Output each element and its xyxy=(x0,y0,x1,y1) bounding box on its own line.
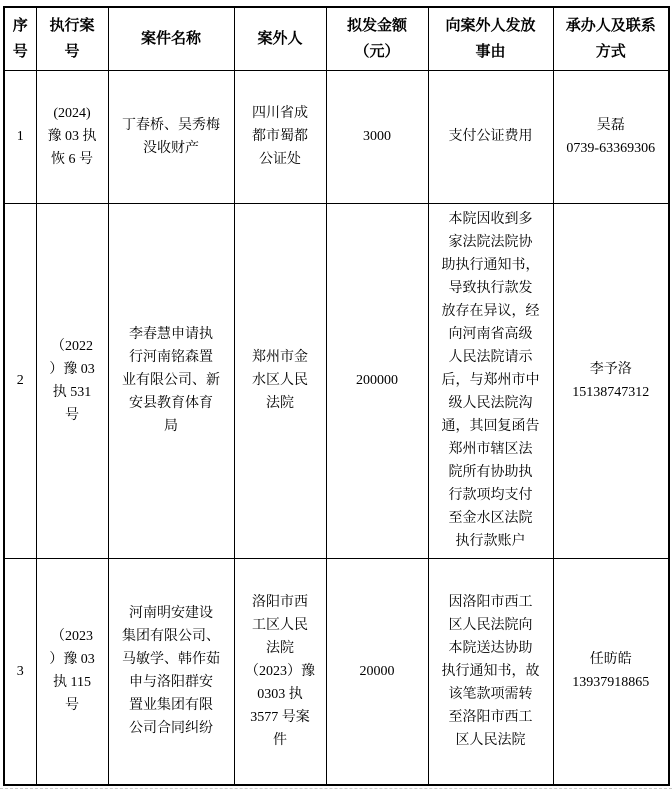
cell-amount: 3000 xyxy=(326,70,428,203)
cell-index: 1 xyxy=(4,70,36,203)
col-header-handler: 承办人及联系 方式 xyxy=(553,7,669,70)
cell-outsider: 郑州市金 水区人民 法院 xyxy=(234,203,326,558)
cell-case-number: （2023 ）豫 03 执 115 号 xyxy=(36,558,108,785)
cell-index: 3 xyxy=(4,558,36,785)
cell-case-name: 丁春桥、吴秀梅 没收财产 xyxy=(108,70,234,203)
case-distribution-table: 序 号 执行案 号 案件名称 案外人 拟发金额 （元） 向案外人发放 事由 承办… xyxy=(3,6,670,786)
cell-handler: 任昉皓 13937918865 xyxy=(553,558,669,785)
document-page: 序 号 执行案 号 案件名称 案外人 拟发金额 （元） 向案外人发放 事由 承办… xyxy=(0,0,672,791)
cell-handler: 李予洛 15138747312 xyxy=(553,203,669,558)
cell-reason: 本院因收到多 家法院法院协 助执行通知书， 导致执行款发 放存在异议，经 向河南… xyxy=(428,203,553,558)
page-bottom-edge-divider xyxy=(0,788,672,789)
cell-reason: 支付公证费用 xyxy=(428,70,553,203)
cell-outsider: 四川省成 都市蜀都 公证处 xyxy=(234,70,326,203)
col-header-case-number: 执行案 号 xyxy=(36,7,108,70)
col-header-outsider: 案外人 xyxy=(234,7,326,70)
cell-case-name: 李春慧申请执 行河南铭森置 业有限公司、新 安县教育体育 局 xyxy=(108,203,234,558)
col-header-reason: 向案外人发放 事由 xyxy=(428,7,553,70)
cell-reason: 因洛阳市西工 区人民法院向 本院送达协助 执行通知书，故 该笔款项需转 至洛阳市… xyxy=(428,558,553,785)
col-header-index: 序 号 xyxy=(4,7,36,70)
cell-handler: 吴磊 0739-63369306 xyxy=(553,70,669,203)
cell-amount: 20000 xyxy=(326,558,428,785)
cell-index: 2 xyxy=(4,203,36,558)
cell-case-number: (2024) 豫 03 执 恢 6 号 xyxy=(36,70,108,203)
table-row: 1 (2024) 豫 03 执 恢 6 号 丁春桥、吴秀梅 没收财产 四川省成 … xyxy=(4,70,669,203)
cell-case-number: （2022 ）豫 03 执 531 号 xyxy=(36,203,108,558)
table-row: 2 （2022 ）豫 03 执 531 号 李春慧申请执 行河南铭森置 业有限公… xyxy=(4,203,669,558)
col-header-case-name: 案件名称 xyxy=(108,7,234,70)
cell-outsider: 洛阳市西 工区人民 法院 （2023）豫 0303 执 3577 号案 件 xyxy=(234,558,326,785)
table-header-row: 序 号 执行案 号 案件名称 案外人 拟发金额 （元） 向案外人发放 事由 承办… xyxy=(4,7,669,70)
col-header-amount: 拟发金额 （元） xyxy=(326,7,428,70)
table-row: 3 （2023 ）豫 03 执 115 号 河南明安建设 集团有限公司、 马敏学… xyxy=(4,558,669,785)
cell-amount: 200000 xyxy=(326,203,428,558)
cell-case-name: 河南明安建设 集团有限公司、 马敏学、韩作茹 申与洛阳群安 置业集团有限 公司合… xyxy=(108,558,234,785)
